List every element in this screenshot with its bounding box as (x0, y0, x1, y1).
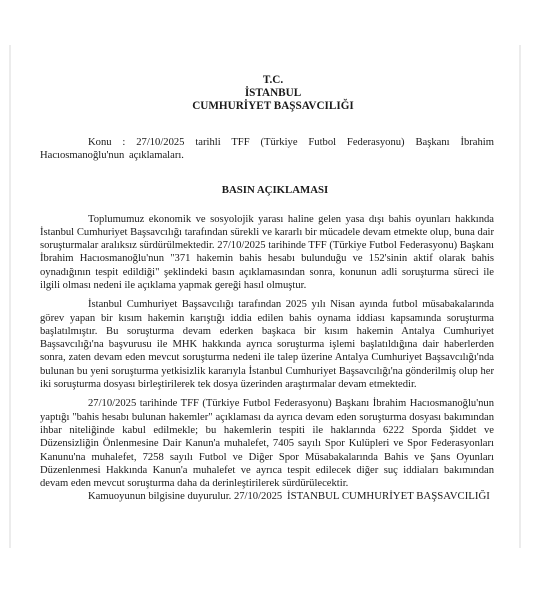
document-header: T.C. İSTANBUL CUMHURİYET BAŞSAVCILIĞI (52, 74, 494, 114)
paragraph-2: İstanbul Cumhuriyet Başsavcılığı tarafın… (40, 298, 494, 391)
paragraph-3: 27/10/2025 tarihinde TFF (Türkiye Futbol… (40, 397, 494, 490)
header-office: CUMHURİYET BAŞSAVCILIĞI (52, 100, 494, 113)
page-edge-right (519, 45, 521, 548)
subject-line: Konu : 27/10/2025 tarihli TFF (Türkiye F… (40, 136, 494, 163)
signature-office: İSTANBUL CUMHURİYET BAŞSAVCILIĞI (287, 490, 490, 502)
press-release-document: T.C. İSTANBUL CUMHURİYET BAŞSAVCILIĞI Ko… (40, 74, 494, 504)
page-edge-left (9, 45, 11, 548)
press-release-title: BASIN AÇIKLAMASI (56, 184, 494, 197)
paragraph-1: Toplumumuz ekonomik ve sosyolojik yarası… (40, 213, 494, 293)
header-tc: T.C. (52, 74, 494, 87)
header-city: İSTANBUL (52, 87, 494, 100)
